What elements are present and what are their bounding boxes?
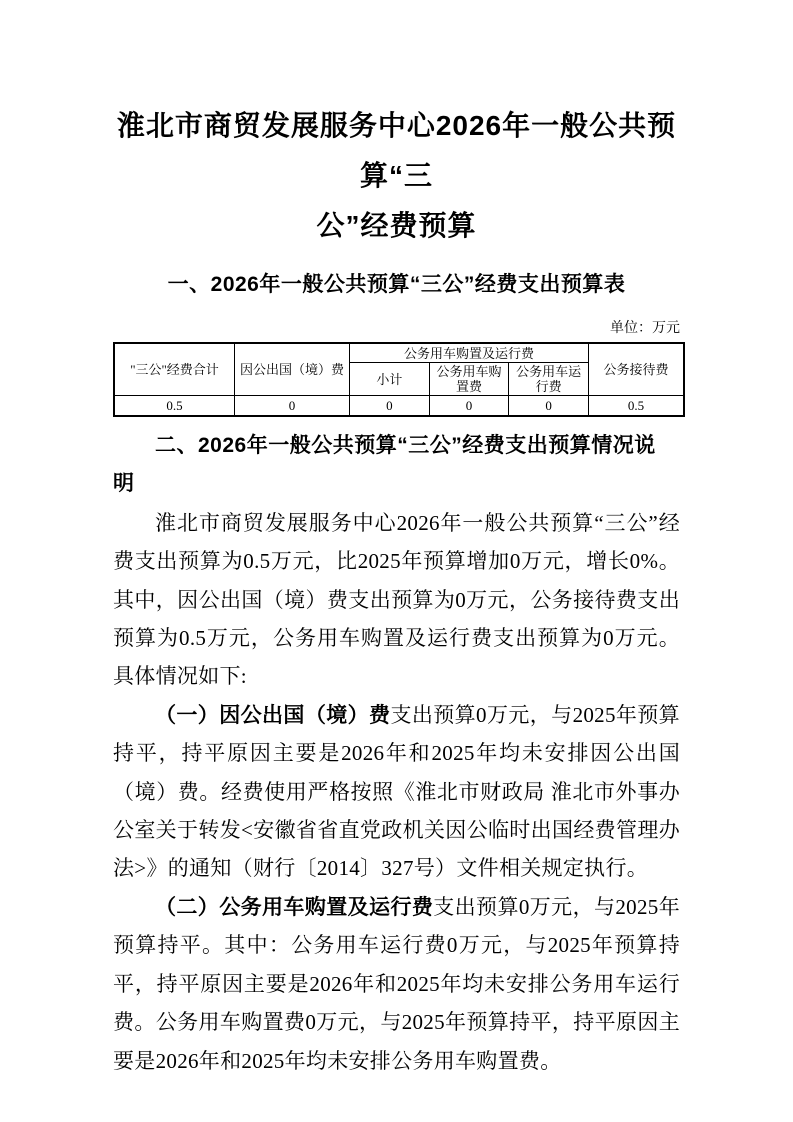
table-header-total: "三公"经费合计 bbox=[114, 343, 235, 396]
section2-heading: 二、2026年一般公共预算“三公”经费支出预算情况说 明 bbox=[113, 427, 680, 504]
section1-heading: 一、2026年一般公共预算“三公”经费支出预算表 bbox=[113, 270, 680, 300]
table-value-subtotal: 0 bbox=[350, 396, 430, 417]
document-title: 淮北市商贸发展服务中心2026年一般公共预算“三 公”经费预算 bbox=[113, 0, 680, 251]
table-header-subtotal: 小计 bbox=[350, 363, 430, 396]
table-header-reception: 公务接待费 bbox=[589, 343, 685, 396]
document-title-line-1: 淮北市商贸发展服务中心2026年一般公共预算“三 bbox=[113, 101, 680, 201]
table-header-operation: 公务用车运行费 bbox=[509, 363, 589, 396]
table-value-abroad: 0 bbox=[235, 396, 350, 417]
table-value-reception: 0.5 bbox=[589, 396, 685, 417]
table-header-abroad: 因公出国（境）费 bbox=[235, 343, 350, 396]
section2-heading-line-1: 二、2026年一般公共预算“三公”经费支出预算情况说 bbox=[113, 427, 680, 465]
item1-body: 支出预算0万元，与2025年预算持平，持平原因主要是2026年和2025年均未安… bbox=[113, 703, 680, 881]
table-header-row-1: "三公"经费合计 因公出国（境）费 公务用车购置及运行费 公务接待费 bbox=[114, 343, 684, 363]
item2-paragraph: （二）公务用车购置及运行费支出预算0万元，与2025年预算持平。其中：公务用车运… bbox=[113, 888, 680, 1080]
table-header-vehicle-group: 公务用车购置及运行费 bbox=[350, 343, 589, 363]
item2-lead: （二）公务用车购置及运行费 bbox=[155, 895, 433, 919]
table-value-operation: 0 bbox=[509, 396, 589, 417]
table-header-purchase: 公务用车购置费 bbox=[429, 363, 509, 396]
table-value-purchase: 0 bbox=[429, 396, 509, 417]
table-unit-note: 单位：万元 bbox=[113, 320, 680, 338]
intro-paragraph: 淮北市商贸发展服务中心2026年一般公共预算“三公”经费支出预算为0.5万元，比… bbox=[113, 504, 680, 696]
item2-body: 支出预算0万元，与2025年预算持平。其中：公务用车运行费0万元，与2025年预… bbox=[113, 895, 680, 1073]
table-data-row: 0.5 0 0 0 0 0.5 bbox=[114, 396, 684, 417]
section2-heading-line-2: 明 bbox=[113, 465, 680, 503]
item1-lead: （一）因公出国（境）费 bbox=[155, 703, 390, 727]
document-page: 淮北市商贸发展服务中心2026年一般公共预算“三 公”经费预算 一、2026年一… bbox=[0, 0, 793, 1122]
budget-table: "三公"经费合计 因公出国（境）费 公务用车购置及运行费 公务接待费 小计 公务… bbox=[113, 342, 685, 417]
table-value-total: 0.5 bbox=[114, 396, 235, 417]
item1-paragraph: （一）因公出国（境）费支出预算0万元，与2025年预算持平，持平原因主要是202… bbox=[113, 696, 680, 888]
document-title-line-2: 公”经费预算 bbox=[113, 201, 680, 251]
